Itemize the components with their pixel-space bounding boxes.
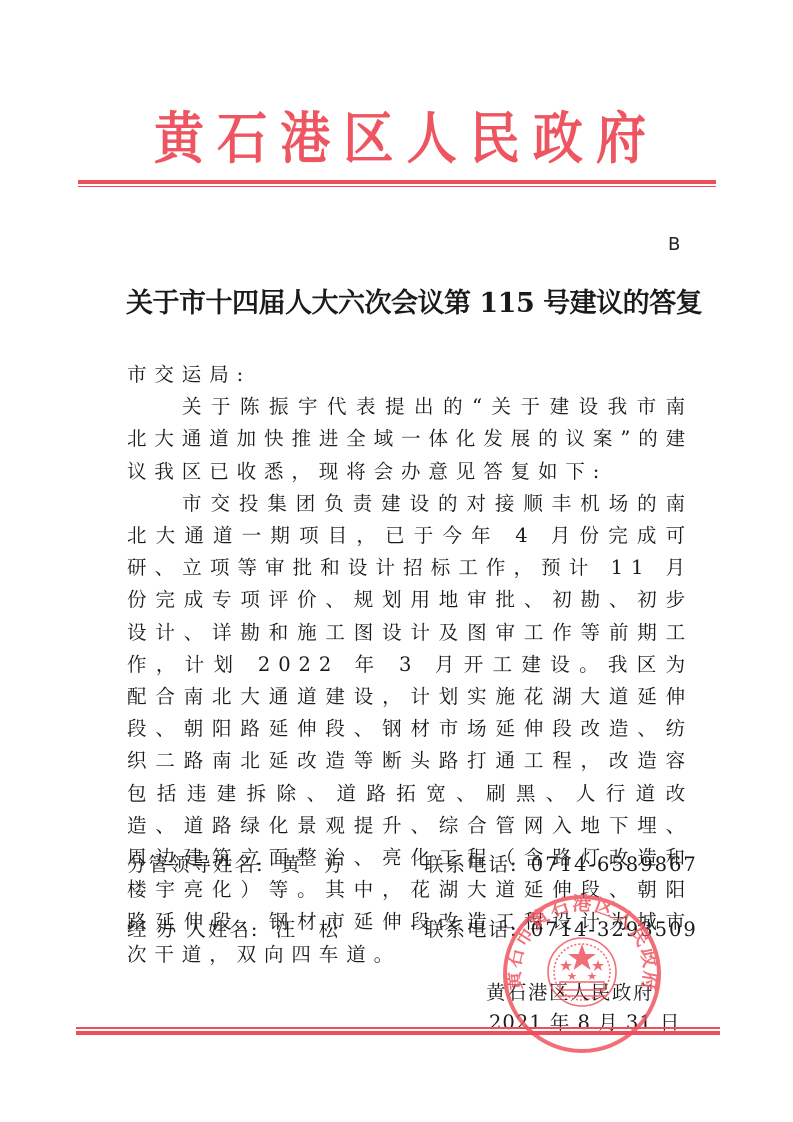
footer-divider-thick — [76, 1031, 720, 1035]
letterhead-char: 港 — [276, 100, 334, 178]
contact-label: 分管领导姓名: — [127, 849, 265, 877]
letterhead-char: 府 — [592, 100, 650, 178]
body-paragraph: 关于陈振宇代表提出的“关于建设我市南北大通道加快推进全域一体化发展的议案”的建议… — [127, 391, 693, 488]
page-mark: B — [668, 234, 680, 255]
letterhead-char: 黄 — [150, 100, 208, 178]
header-divider-thin — [78, 186, 716, 188]
document-title: 关于市十四届人大六次会议第 115 号建议的答复 — [126, 284, 696, 324]
contact-label: 经 办 人姓名: — [127, 914, 259, 942]
phone-number: 0714-6589867 — [531, 853, 698, 876]
letterhead-char: 区 — [339, 100, 397, 178]
footer-divider-thin — [76, 1027, 720, 1029]
letterhead-char: 石 — [213, 100, 271, 178]
letterhead-char: 民 — [466, 100, 524, 178]
official-seal-icon: 黄石市黄石港区人民政府 — [502, 894, 662, 1054]
letterhead-char: 政 — [529, 100, 587, 178]
document-body: 市交运局: 关于陈振宇代表提出的“关于建设我市南北大通道加快推进全域一体化发展的… — [127, 359, 693, 971]
letterhead-char: 人 — [403, 100, 461, 178]
svg-text:黄石市黄石港区人民政府: 黄石市黄石港区人民政府 — [502, 894, 662, 994]
contact-name: 黄 方 — [281, 849, 346, 877]
header-divider-thick — [78, 180, 716, 184]
contact-name: 汪 松 — [276, 914, 341, 942]
addressee: 市交运局: — [127, 359, 693, 391]
contact-phone-group: 联系电话: 0714-6589867 — [424, 849, 698, 877]
contact-row-supervisor: 分管领导姓名: 黄 方 联系电话: 0714-6589867 — [127, 849, 345, 877]
phone-label: 联系电话: — [424, 853, 519, 876]
letterhead-title: 黄 石 港 区 人 民 政 府 — [150, 104, 650, 174]
contact-row-handler: 经 办 人姓名: 汪 松 联系电话: 0714-3293509 — [127, 914, 340, 942]
